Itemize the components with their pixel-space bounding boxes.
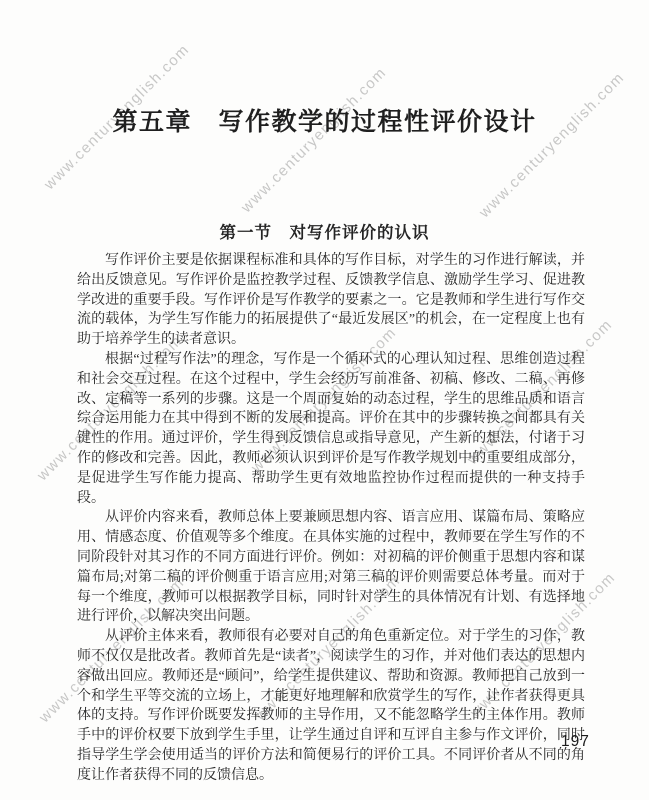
paragraph-3: 从评价内容来看，教师总体上要兼顾思想内容、语言应用、谋篇布局、策略应用、情感态度… (77, 508, 585, 627)
body-text: 写作评价主要是依据课程标准和具体的写作目标，对学生的习作进行解读，并给出反馈意见… (77, 251, 585, 786)
watermark-text: www.centuryenglish.com (238, 64, 390, 216)
paragraph-1: 写作评价主要是依据课程标准和具体的写作目标，对学生的习作进行解读，并给出反馈意见… (77, 251, 585, 350)
paragraph-4: 从评价主体来看，教师很有必要对自己的角色重新定位。对于学生的习作，教师不仅仅是批… (77, 627, 585, 785)
paragraph-2: 根据“过程写作法”的理念，写作是一个循环式的心理认知过程、思维创造过程和社会交互… (77, 350, 585, 508)
watermark-text: www.centuryenglish.com (476, 69, 628, 221)
page-number: 197 (561, 733, 590, 751)
section-title: 第一节 对写作评价的认识 (0, 219, 649, 243)
chapter-title: 第五章 写作教学的过程性评价设计 (0, 102, 649, 138)
book-page: www.centuryenglish.comwww.centuryenglish… (0, 0, 649, 800)
